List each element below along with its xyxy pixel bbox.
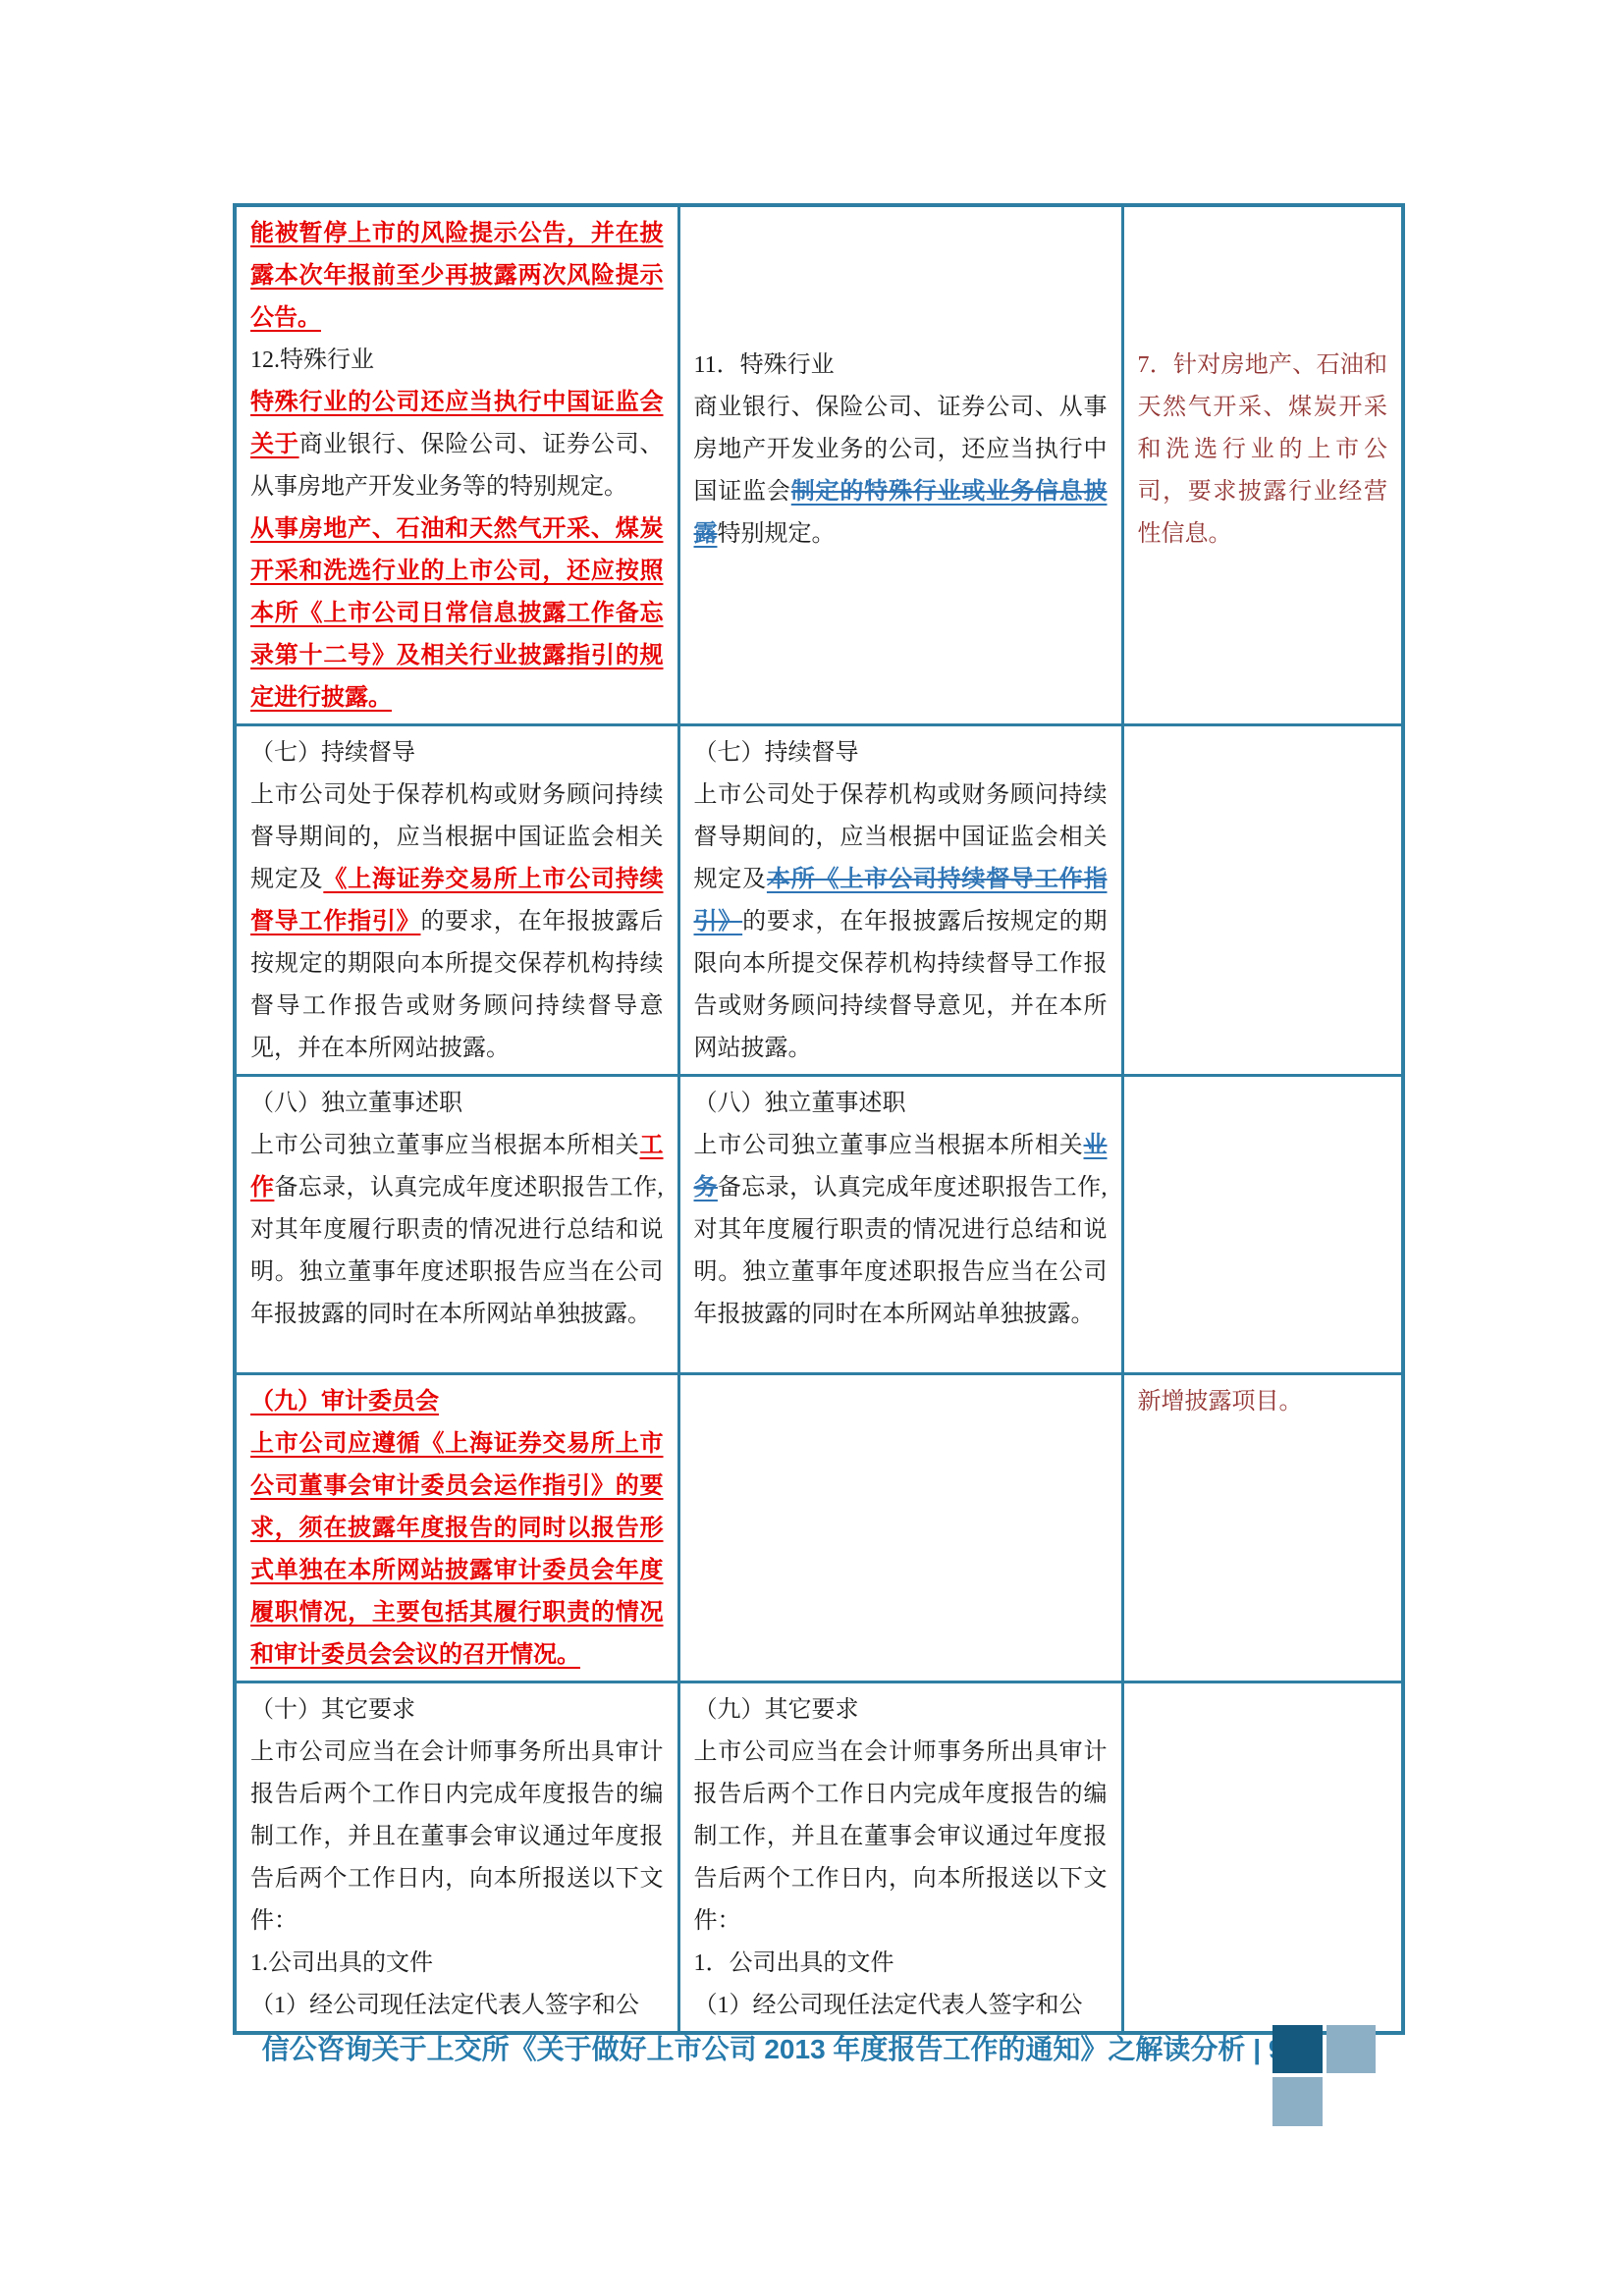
table-cell-r4c2 <box>678 1374 1122 1682</box>
text-run-black: （九）其它要求 <box>694 1697 859 1723</box>
paragraph: 12.特殊行业 <box>250 340 664 382</box>
paragraph: 能被暂停上市的风险提示公告，并在披露本次年报前至少再披露两次风险提示公告。 <box>250 213 664 340</box>
paragraph: 7．针对房地产、石油和天然气开采、煤炭开采和洗选行业的上市公司，要求披露行业经营… <box>1138 345 1388 556</box>
text-run-black: 上市公司应当在会计师事务所出具审计报告后两个工作日内完成年度报告的编制工作，并且… <box>694 1739 1108 1934</box>
text-run-red: 能被暂停上市的风险提示公告，并在披露本次年报前至少再披露两次风险提示公告。 <box>250 221 664 331</box>
table-cell-r2c2: （七）持续督导上市公司处于保荐机构或财务顾问持续督导期间的，应当根据中国证监会相… <box>678 725 1122 1076</box>
text-run-black: （八）独立董事述职 <box>694 1091 906 1116</box>
paragraph: 上市公司处于保荐机构或财务顾问持续督导期间的，应当根据中国证监会相关规定及《上海… <box>250 774 664 1070</box>
table-cell-r2c1: （七）持续督导上市公司处于保荐机构或财务顾问持续督导期间的，应当根据中国证监会相… <box>235 725 678 1076</box>
paragraph: 特殊行业的公司还应当执行中国证监会关于商业银行、保险公司、证券公司、从事房地产开… <box>250 382 664 508</box>
paragraph: 商业银行、保险公司、证券公司、从事房地产开发业务的公司，还应当执行中国证监会制定… <box>694 387 1108 556</box>
paragraph: 上市公司独立董事应当根据本所相关工作备忘录，认真完成年度述职报告工作,对其年度履… <box>250 1125 664 1336</box>
text-run-red: 上市公司应遵循《上海证券交易所上市公司董事会审计委员会运作指引》的要求，须在披露… <box>250 1431 664 1668</box>
text-run-darkred: 7．针对房地产、石油和天然气开采、煤炭开采和洗选行业的上市公司，要求披露行业经营… <box>1138 352 1388 547</box>
text-run-black: 12.特殊行业 <box>250 347 374 373</box>
decor-square-light <box>1326 2025 1376 2073</box>
table-cell-r4c3: 新增披露项目。 <box>1122 1374 1403 1682</box>
text-run-black: 备忘录，认真完成年度述职报告工作,对其年度履行职责的情况进行总结和说明。独立董事… <box>694 1175 1108 1327</box>
paragraph: 1．公司出具的文件 <box>694 1943 1108 1985</box>
text-run-black: （八）独立董事述职 <box>250 1091 462 1116</box>
text-run-darkred: 新增披露项目。 <box>1138 1389 1303 1415</box>
decor-square-dark <box>1272 2025 1323 2073</box>
paragraph: （七）持续督导 <box>250 732 664 774</box>
paragraph: 上市公司应遵循《上海证券交易所上市公司董事会审计委员会运作指引》的要求，须在披露… <box>250 1423 664 1677</box>
table-cell-r4c1: （九）审计委员会上市公司应遵循《上海证券交易所上市公司董事会审计委员会运作指引》… <box>235 1374 678 1682</box>
comparison-table: 能被暂停上市的风险提示公告，并在披露本次年报前至少再披露两次风险提示公告。12.… <box>233 203 1405 2035</box>
table-cell-r5c1: （十）其它要求上市公司应当在会计师事务所出具审计报告后两个工作日内完成年度报告的… <box>235 1682 678 2034</box>
table-row: （九）审计委员会上市公司应遵循《上海证券交易所上市公司董事会审计委员会运作指引》… <box>235 1374 1403 1682</box>
table-cell-r3c2: （八）独立董事述职上市公司独立董事应当根据本所相关业务备忘录，认真完成年度述职报… <box>678 1076 1122 1374</box>
text-run-black: 上市公司独立董事应当根据本所相关 <box>694 1133 1084 1158</box>
text-run-red: 从事房地产、石油和天然气开采、煤炭开采和洗选行业的上市公司，还应按照本所《上市公… <box>250 516 664 711</box>
text-run-black: 上市公司独立董事应当根据本所相关 <box>250 1133 640 1158</box>
page-footer: 信公咨询关于上交所《关于做好上市公司 2013 年度报告工作的通知》之解读分析 … <box>233 2028 1313 2067</box>
paragraph: （七）持续督导 <box>694 732 1108 774</box>
table-cell-r3c3 <box>1122 1076 1403 1374</box>
paragraph: （八）独立董事述职 <box>694 1083 1108 1125</box>
decor-square-light <box>1272 2077 1323 2126</box>
text-run-black: （1）经公司现任法定代表人签字和公 <box>250 1993 639 2018</box>
text-run-black: （十）其它要求 <box>250 1697 415 1723</box>
table-cell-r5c2: （九）其它要求上市公司应当在会计师事务所出具审计报告后两个工作日内完成年度报告的… <box>678 1682 1122 2034</box>
text-run-black: 的要求，在年报披露后按规定的期限向本所提交保荐机构持续督导工作报告或财务顾问持续… <box>694 909 1108 1061</box>
paragraph: 11．特殊行业 <box>694 345 1108 387</box>
paragraph: （八）独立董事述职 <box>250 1083 664 1125</box>
text-run-red: （九）审计委员会 <box>250 1389 439 1415</box>
text-run-black: 11．特殊行业 <box>694 352 835 378</box>
text-run-black: 商业银行、保险公司、证券公司、从事房地产开发业务等的特别规定。 <box>250 432 664 500</box>
text-run-black: （七）持续督导 <box>250 740 415 766</box>
paragraph: 1.公司出具的文件 <box>250 1943 664 1985</box>
table-cell-r5c3 <box>1122 1682 1403 2034</box>
paragraph: 从事房地产、石油和天然气开采、煤炭开采和洗选行业的上市公司，还应按照本所《上市公… <box>250 508 664 720</box>
comparison-table-body: 能被暂停上市的风险提示公告，并在披露本次年报前至少再披露两次风险提示公告。12.… <box>235 205 1403 2033</box>
paragraph: （九）其它要求 <box>694 1689 1108 1732</box>
paragraph: 上市公司独立董事应当根据本所相关业务备忘录，认真完成年度述职报告工作,对其年度履… <box>694 1125 1108 1336</box>
table-row: （十）其它要求上市公司应当在会计师事务所出具审计报告后两个工作日内完成年度报告的… <box>235 1682 1403 2034</box>
text-run-black: 1．公司出具的文件 <box>694 1950 894 1976</box>
text-run-black: 上市公司应当在会计师事务所出具审计报告后两个工作日内完成年度报告的编制工作，并且… <box>250 1739 664 1934</box>
text-run-black: 1.公司出具的文件 <box>250 1950 433 1976</box>
text-run-black: （七）持续督导 <box>694 740 859 766</box>
paragraph: （1）经公司现任法定代表人签字和公 <box>694 1985 1108 2027</box>
paragraph: 上市公司处于保荐机构或财务顾问持续督导期间的，应当根据中国证监会相关规定及本所《… <box>694 774 1108 1070</box>
text-run-black: （1）经公司现任法定代表人签字和公 <box>694 1993 1083 2018</box>
table-row: 能被暂停上市的风险提示公告，并在披露本次年报前至少再披露两次风险提示公告。12.… <box>235 205 1403 725</box>
text-run-black: 特别规定。 <box>718 521 836 547</box>
table-cell-r1c3: 7．针对房地产、石油和天然气开采、煤炭开采和洗选行业的上市公司，要求披露行业经营… <box>1122 205 1403 725</box>
table-cell-r2c3 <box>1122 725 1403 1076</box>
paragraph: （1）经公司现任法定代表人签字和公 <box>250 1985 664 2027</box>
table-row: （七）持续督导上市公司处于保荐机构或财务顾问持续督导期间的，应当根据中国证监会相… <box>235 725 1403 1076</box>
paragraph: （十）其它要求 <box>250 1689 664 1732</box>
table-cell-r1c2: 11．特殊行业商业银行、保险公司、证券公司、从事房地产开发业务的公司，还应当执行… <box>678 205 1122 725</box>
table-row: （八）独立董事述职上市公司独立董事应当根据本所相关工作备忘录，认真完成年度述职报… <box>235 1076 1403 1374</box>
text-run-black: 备忘录，认真完成年度述职报告工作,对其年度履行职责的情况进行总结和说明。独立董事… <box>250 1175 664 1327</box>
paragraph: 上市公司应当在会计师事务所出具审计报告后两个工作日内完成年度报告的编制工作，并且… <box>250 1732 664 1943</box>
paragraph: 新增披露项目。 <box>1138 1381 1388 1423</box>
table-cell-r1c1: 能被暂停上市的风险提示公告，并在披露本次年报前至少再披露两次风险提示公告。12.… <box>235 205 678 725</box>
paragraph: 上市公司应当在会计师事务所出具审计报告后两个工作日内完成年度报告的编制工作，并且… <box>694 1732 1108 1943</box>
paragraph: （九）审计委员会 <box>250 1381 664 1423</box>
table-cell-r3c1: （八）独立董事述职上市公司独立董事应当根据本所相关工作备忘录，认真完成年度述职报… <box>235 1076 678 1374</box>
